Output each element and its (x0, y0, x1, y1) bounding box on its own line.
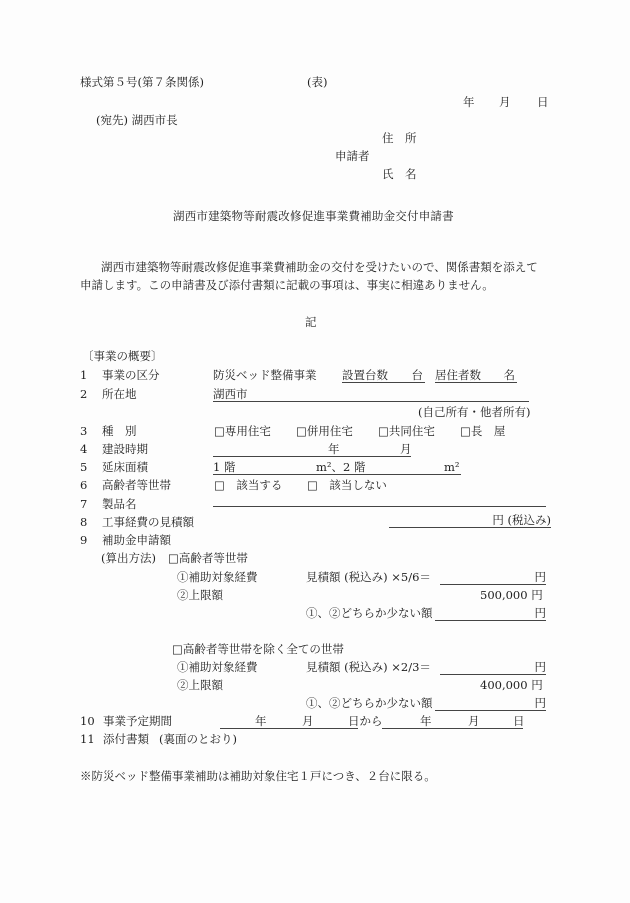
elderly-limit-value: 500,000 円 (480, 588, 543, 602)
date-year-label: 年 (463, 95, 475, 109)
construction-date-field[interactable]: 年 月 (213, 442, 411, 457)
elderly-cost-field[interactable]: 円 (440, 570, 546, 585)
other-lesser-field[interactable]: 円 (435, 696, 546, 711)
applicant-label: 申請者 (335, 149, 370, 163)
section-heading: 〔事業の概要〕 (82, 349, 163, 363)
type-option-dedicated[interactable]: □専用住宅 (214, 424, 271, 438)
install-count-field[interactable]: 設置台数台 (342, 368, 425, 383)
intro-line-2: 申請します。この申請書及び添付書類に記載の事項は、事実に相違ありません。 (80, 278, 494, 292)
estimate-amount-field[interactable]: 円 (税込み) (389, 513, 551, 528)
side-label: (表) (307, 75, 327, 89)
item-10-label: 10事業予定期間 (80, 714, 172, 728)
elderly-lesser-label: ①、②どちらか少ない額 (306, 606, 433, 620)
intro-line-1: 湖西市建築物等耐震改修促進事業費補助金の交付を受けたいので、関係書類を添えて (101, 260, 538, 274)
type-option-row-house[interactable]: □長 屋 (460, 424, 505, 438)
address-label: 住 所 (382, 131, 417, 145)
item-8-label: 8工事経費の見積額 (80, 515, 194, 529)
elderly-formula: 見積額 (税込み) ×5/6＝ (306, 570, 431, 584)
type-option-mixed[interactable]: □併用住宅 (296, 424, 353, 438)
ownership-label: (自己所有・他者所有) (418, 405, 530, 419)
other-household-checkbox[interactable]: □高齢者等世帯を除く全ての世帯 (172, 642, 344, 656)
product-name-field[interactable] (213, 492, 546, 507)
item-11-label: 11添付書類(裏面のとおり) (80, 732, 237, 746)
item-5-label: 5延床面積 (80, 460, 148, 474)
elderly-no-checkbox[interactable]: □ 該当しない (307, 478, 387, 492)
floor-area-field[interactable]: 1 階 m²、2 階 m² (213, 460, 461, 475)
item-7-label: 7製品名 (80, 497, 137, 511)
period-start-field[interactable]: 年 月 日から (220, 714, 358, 729)
elderly-cost-label: ①補助対象経費 (177, 570, 258, 584)
item-6-label: 6高齢者等世帯 (80, 478, 171, 492)
form-number: 様式第５号(第７条関係) (80, 75, 204, 89)
residents-count-field[interactable]: 居住者数名 (435, 368, 517, 383)
footnote: ※防災ベッド整備事業補助は補助対象住宅１戸につき、２台に限る。 (80, 769, 436, 783)
period-end-field[interactable]: 年 月 日 (382, 714, 523, 729)
other-cost-label: ①補助対象経費 (177, 660, 258, 674)
item-1-label: 1事業の区分 (80, 368, 160, 382)
name-label: 氏 名 (382, 167, 417, 181)
item-1-value: 防災ベッド整備事業 (213, 368, 317, 382)
ki-heading: 記 (305, 315, 317, 329)
elderly-limit-label: ②上限額 (177, 588, 223, 602)
other-limit-value: 400,000 円 (480, 678, 543, 692)
type-option-collective[interactable]: □共同住宅 (378, 424, 435, 438)
addressee: (宛先) 湖西市長 (96, 113, 178, 127)
item-9-label: 9補助金申請額 (80, 533, 171, 547)
other-lesser-label: ①、②どちらか少ない額 (306, 696, 433, 710)
item-2-label: 2所在地 (80, 387, 137, 401)
item-4-label: 4建設時期 (80, 442, 148, 456)
elderly-yes-checkbox[interactable]: □ 該当する (214, 478, 282, 492)
item-3-label: 3種 別 (80, 424, 137, 438)
document-title: 湖西市建築物等耐震改修促進事業費補助金交付申請書 (173, 209, 454, 223)
other-limit-label: ②上限額 (177, 678, 223, 692)
date-day-label: 日 (537, 95, 549, 109)
location-field[interactable]: 湖西市 (213, 387, 529, 402)
calculation-method-label: (算出方法) (101, 551, 156, 565)
date-month-label: 月 (499, 95, 511, 109)
other-formula: 見積額 (税込み) ×2/3＝ (306, 660, 431, 674)
elderly-lesser-field[interactable]: 円 (435, 606, 546, 621)
elderly-household-checkbox[interactable]: □高齢者等世帯 (168, 551, 248, 565)
other-cost-field[interactable]: 円 (440, 660, 546, 675)
